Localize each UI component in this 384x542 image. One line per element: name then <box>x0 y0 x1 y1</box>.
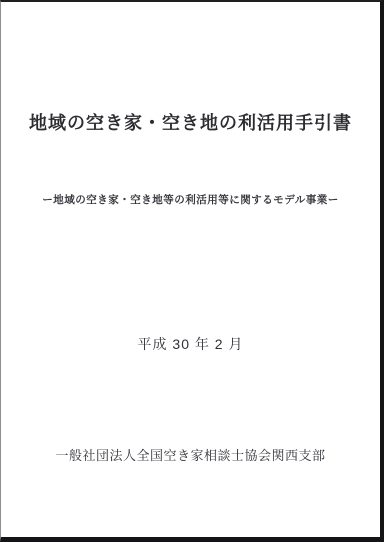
publisher-name: 一般社団法人全国空き家相談士協会関西支部 <box>1 445 380 464</box>
document-subtitle: ー地域の空き家・空き地等の利活用等に関するモデル事業ー <box>1 192 380 207</box>
publication-date: 平成 30 年 2 月 <box>1 334 380 354</box>
document-cover-page: 地域の空き家・空き地の利活用手引書 ー地域の空き家・空き地等の利活用等に関するモ… <box>0 0 384 542</box>
document-title: 地域の空き家・空き地の利活用手引書 <box>1 109 380 135</box>
